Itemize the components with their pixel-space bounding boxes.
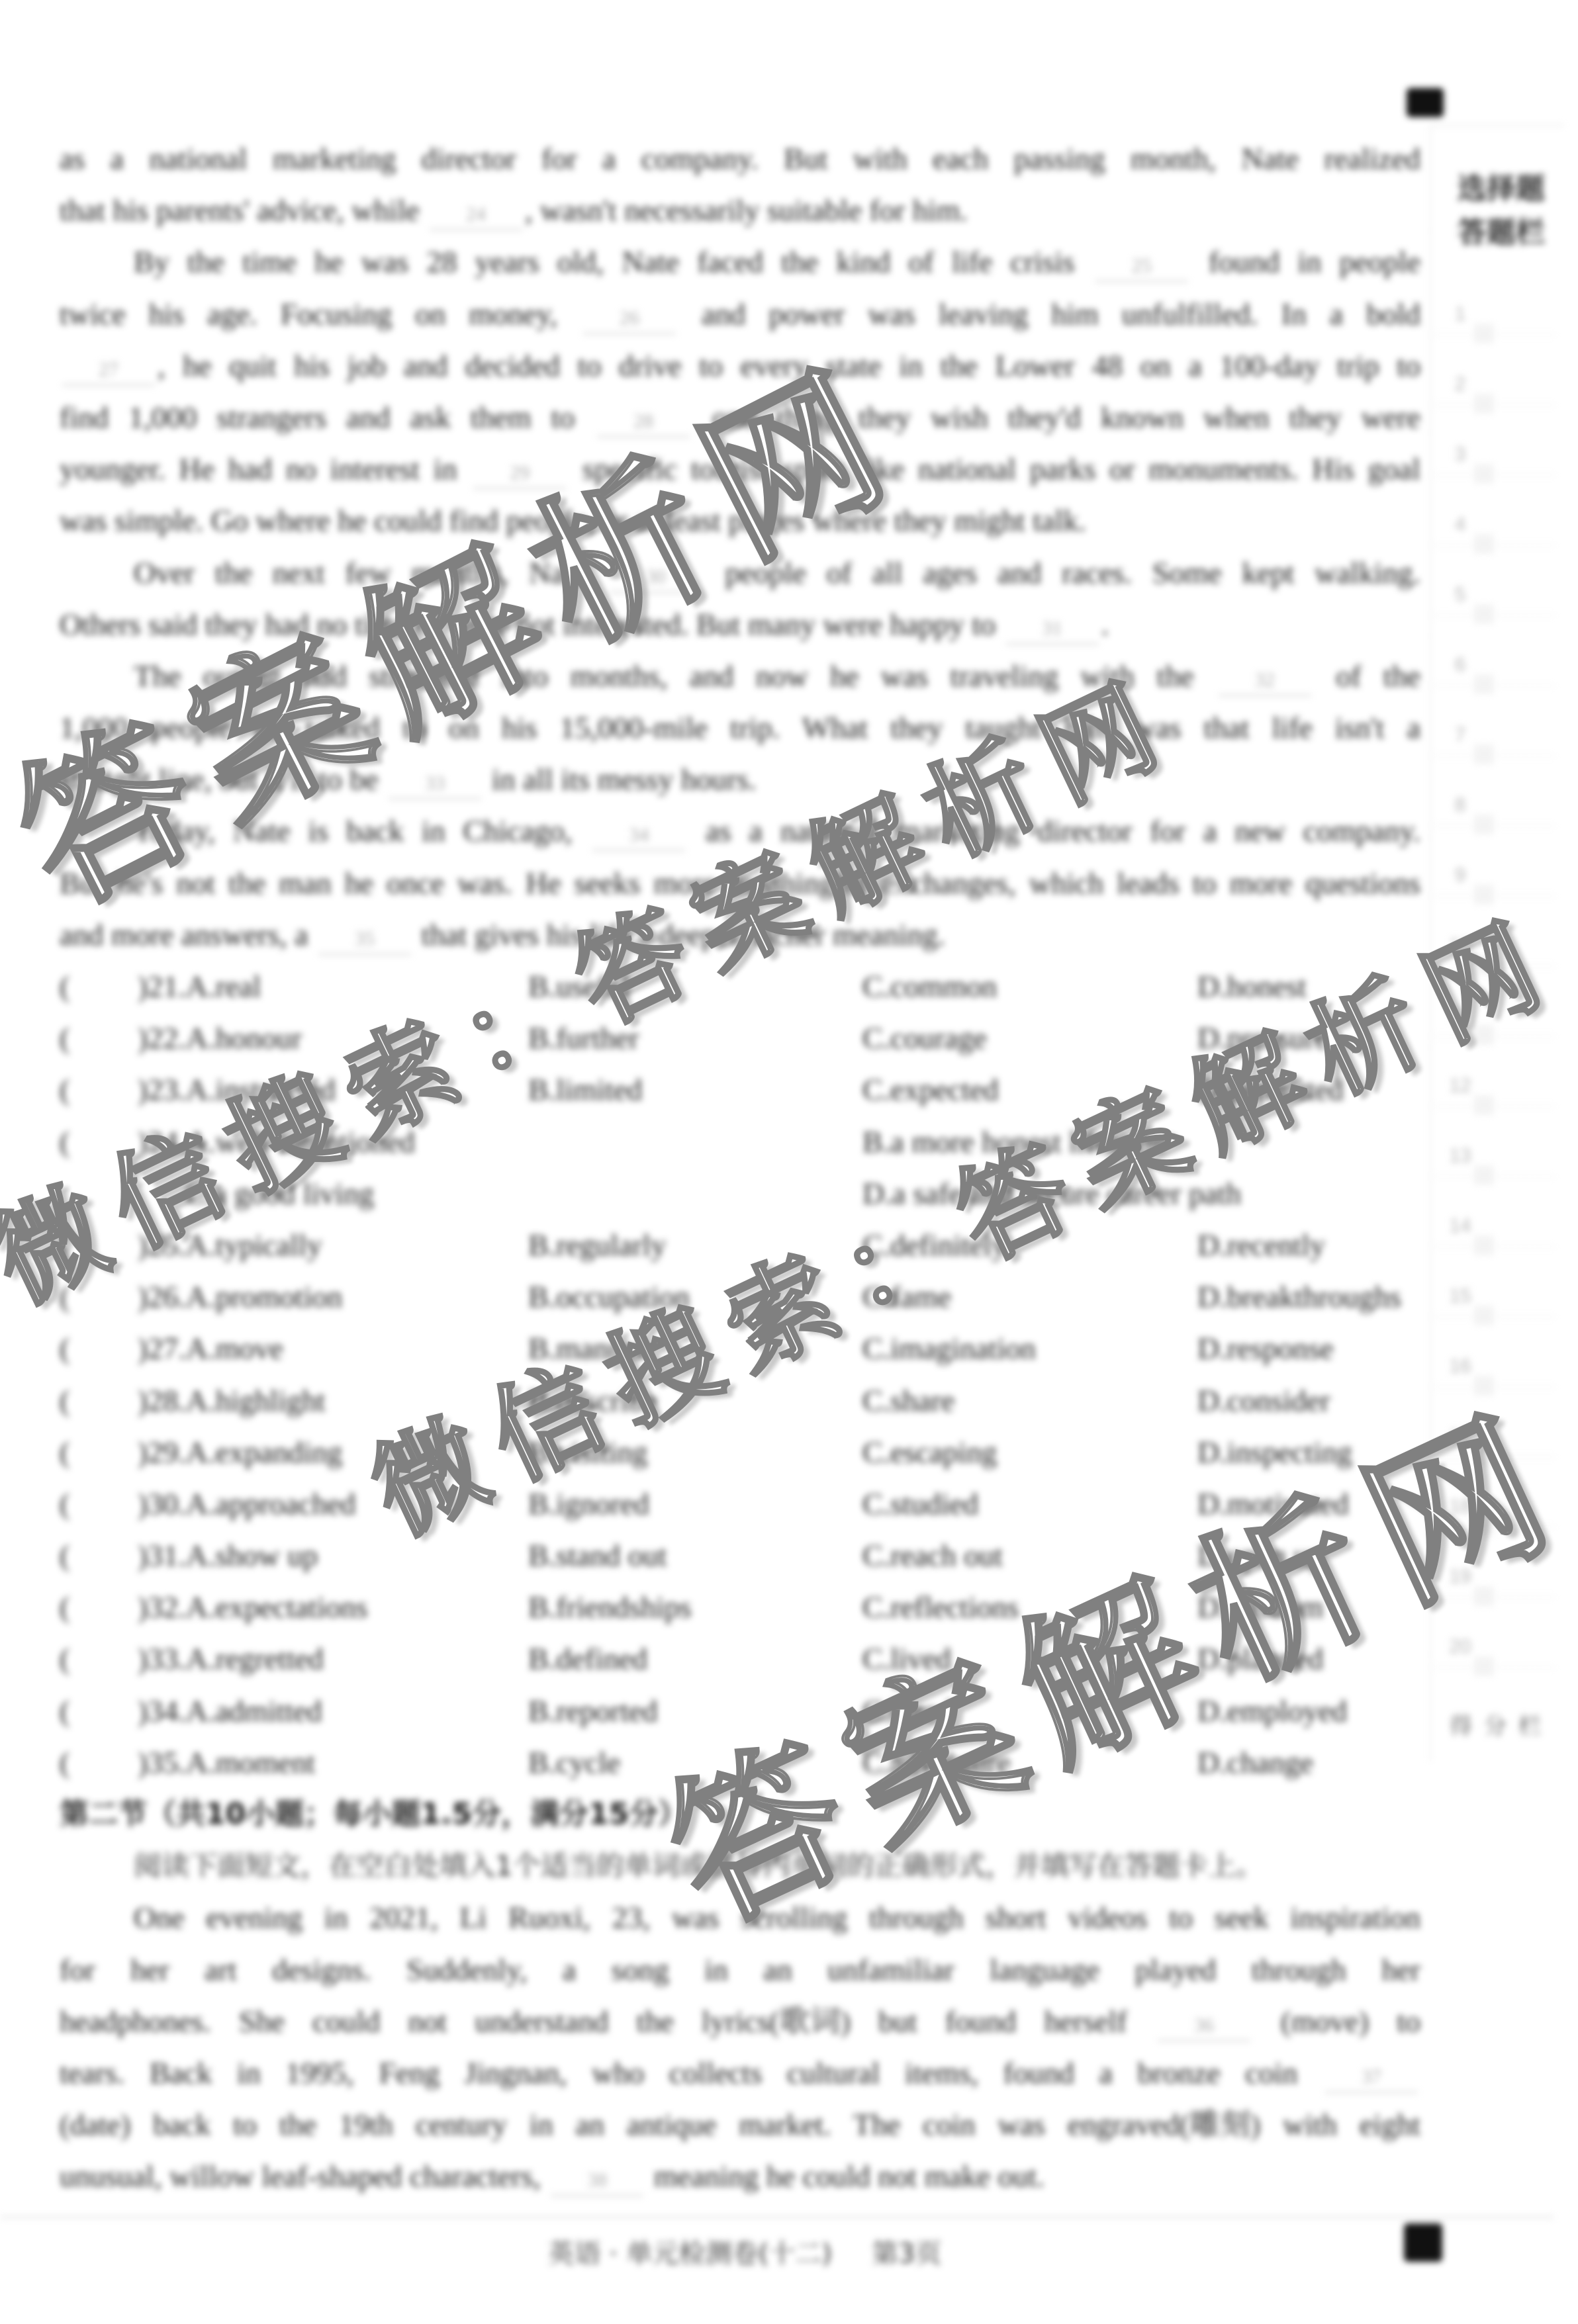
option-letter: C — [862, 1384, 883, 1417]
answer-box — [1474, 1235, 1494, 1255]
option-letter: B — [528, 1746, 549, 1779]
option-text: regularly — [556, 1228, 666, 1262]
option-c: C.courage — [862, 1012, 987, 1064]
text-run: (date) back to the 19th century in an an… — [60, 2108, 1420, 2141]
option-text: share — [890, 1384, 954, 1417]
answer-row: 13 — [1432, 1141, 1557, 1212]
question-number: 23 — [148, 1073, 178, 1106]
option-letter: B — [528, 1590, 549, 1624]
option-text: move — [216, 1331, 283, 1365]
answer-row: 5 — [1432, 580, 1557, 650]
option-letter: B — [528, 1539, 549, 1572]
text-line: By the time he was 28 years old, Nate fa… — [60, 236, 1420, 288]
answer-row-number: 2 — [1444, 370, 1477, 399]
question-number: 27 — [148, 1331, 178, 1365]
option-text: recently — [1227, 1228, 1325, 1262]
question-number: 29 — [148, 1435, 178, 1469]
question-number: 21 — [148, 969, 178, 1003]
row-divider — [1436, 334, 1555, 335]
answer-row: 1 — [1432, 300, 1557, 370]
row-divider — [1436, 1316, 1555, 1318]
option-text: expected — [890, 1073, 998, 1106]
option-d: D.change — [1197, 1737, 1313, 1789]
option-letter: A — [186, 1694, 208, 1728]
answer-box — [1474, 1306, 1494, 1325]
answer-box — [1474, 815, 1494, 834]
option-text: courage — [890, 1021, 987, 1055]
option-c: C.reach out — [862, 1530, 1003, 1582]
option-text: regretted — [216, 1642, 324, 1676]
answer-row-number: 4 — [1444, 510, 1477, 539]
answer-row-number: 7 — [1444, 721, 1477, 750]
row-divider — [1436, 895, 1555, 897]
registration-mark — [1404, 2223, 1442, 2262]
text-run: and power was leaving him unfulfilled. I… — [678, 297, 1420, 331]
option-text: imagination — [890, 1331, 1036, 1365]
answer-row-number: 13 — [1444, 1141, 1477, 1171]
footer-rule — [0, 2216, 1554, 2218]
answer-bracket: ( — [60, 1633, 70, 1685]
option-letter: B — [528, 1694, 549, 1728]
question-number: 31 — [148, 1539, 178, 1572]
answer-row: 20 — [1432, 1632, 1557, 1703]
option-letter: A — [186, 1021, 208, 1055]
answer-row: 15 — [1432, 1282, 1557, 1352]
answer-blank: 37 — [1325, 2063, 1418, 2093]
line-text: twice his age. Focusing on money, 26 and… — [60, 289, 1420, 340]
answer-bracket: ( — [60, 1530, 70, 1582]
text-run: found in people — [1191, 245, 1420, 279]
option-text: reported — [556, 1694, 657, 1728]
answer-row: 12 — [1432, 1071, 1557, 1141]
option-a: )27.A.move — [138, 1323, 283, 1374]
answer-box — [1474, 674, 1494, 694]
answer-blank: 32 — [1219, 666, 1311, 696]
line-text: unusual, willow leaf-shaped characters, … — [60, 2151, 1044, 2202]
answer-blank: 36 — [1158, 2011, 1250, 2041]
row-divider — [1436, 1246, 1555, 1247]
answer-bracket: ( — [60, 1737, 70, 1789]
row-divider — [1436, 1176, 1555, 1177]
option-text: consider — [1227, 1384, 1330, 1417]
option-text: change — [1227, 1746, 1313, 1779]
row-divider — [1436, 615, 1555, 616]
option-b: B.defined — [528, 1633, 647, 1685]
option-text: real — [216, 969, 261, 1003]
option-letter: D — [1197, 969, 1219, 1003]
answer-bracket: ( — [60, 1323, 70, 1374]
option-text: response — [1227, 1331, 1334, 1365]
option-text: cycle — [556, 1746, 620, 1779]
line-text: as a national marketing director for a c… — [60, 133, 1420, 185]
option-letter: A — [186, 1590, 208, 1624]
option-letter: D — [1197, 1331, 1219, 1365]
answer-bracket: ( — [60, 1478, 70, 1530]
question-number: 28 — [148, 1384, 178, 1417]
question-number: 35 — [148, 1746, 178, 1779]
option-letter: C — [862, 1487, 883, 1521]
option-letter: B — [528, 1228, 549, 1262]
option-text: escaping — [890, 1435, 997, 1469]
text-line: tears. Back in 1995, Feng Jingnan, who c… — [60, 2047, 1420, 2099]
option-letter: A — [186, 1539, 208, 1572]
answer-column-title: 选择题 — [1445, 167, 1557, 211]
line-text: that his parents' advice, while 24, wasn… — [60, 185, 968, 236]
option-letter: A — [186, 1435, 208, 1469]
answer-column-subtitle: 答题栏 — [1445, 211, 1557, 255]
option-c: C.studied — [862, 1478, 978, 1530]
option-d: D.response — [1197, 1323, 1334, 1374]
answer-blank: 34 — [592, 821, 685, 851]
answer-row: 8 — [1432, 791, 1557, 861]
option-d: D.consider — [1197, 1375, 1330, 1427]
option-letter: D — [1197, 1384, 1219, 1417]
option-letter: B — [862, 1125, 883, 1159]
answer-bracket: ( — [60, 1116, 70, 1168]
option-letter: C — [862, 969, 883, 1003]
score-label: 得分栏 — [1445, 1708, 1557, 1740]
option-text: expectations — [216, 1590, 368, 1624]
option-letter: D — [1197, 1280, 1219, 1314]
answer-blank: 35 — [318, 924, 411, 955]
answer-row-number: 3 — [1444, 440, 1477, 469]
answer-box — [1474, 604, 1494, 624]
text-run: meaning he could not make out. — [646, 2159, 1044, 2193]
option-letter: B — [528, 1642, 549, 1676]
option-text: expanding — [216, 1435, 343, 1469]
row-divider — [1436, 755, 1555, 756]
option-letter: A — [186, 1642, 208, 1676]
page-footer: 英语 · 单元检测卷(十二)第3页 — [530, 2233, 960, 2270]
option-text: ignored — [556, 1487, 649, 1521]
answer-bracket: ( — [60, 1582, 70, 1633]
line-text: (date) back to the 19th century in an an… — [60, 2099, 1420, 2151]
text-run: By the time he was 28 years old, Nate fa… — [134, 245, 1093, 279]
footer-subject: 英语 · 单元检测卷(十二) — [548, 2239, 832, 2269]
text-run: headphones. She could not understand the… — [60, 2004, 1155, 2038]
option-letter: A — [186, 1331, 208, 1365]
answer-row-number: 6 — [1444, 650, 1477, 680]
option-letter: C — [862, 1073, 883, 1106]
answer-box — [1474, 464, 1494, 484]
option-b: B.reported — [528, 1685, 657, 1737]
option-a: )33.A.regretted — [138, 1633, 324, 1685]
text-line: that his parents' advice, while 24, wasn… — [60, 185, 1420, 236]
option-a: )29.A.expanding — [138, 1427, 342, 1478]
option-text: approached — [216, 1487, 356, 1521]
option-letter: A — [186, 1487, 208, 1521]
row-divider — [1436, 1667, 1555, 1668]
answer-bracket: ( — [60, 1427, 70, 1478]
text-line: headphones. She could not understand the… — [60, 1996, 1420, 2047]
text-run: , wasn't necessarily suitable for him. — [525, 193, 968, 227]
option-a: )28.A.highlight — [138, 1375, 326, 1427]
option-text: defined — [556, 1642, 647, 1676]
option-letter: B — [528, 1280, 549, 1314]
answer-row-number: 12 — [1444, 1071, 1477, 1100]
option-text: highlight — [216, 1384, 326, 1417]
answer-bracket: ( — [60, 961, 70, 1012]
option-letter: A — [186, 1280, 208, 1314]
option-b: B.stand out — [528, 1530, 667, 1582]
text-line: unusual, willow leaf-shaped characters, … — [60, 2151, 1420, 2202]
option-b: B.regularly — [528, 1220, 666, 1271]
answer-row: 4 — [1432, 510, 1557, 580]
answer-row-number: 1 — [1444, 300, 1477, 329]
option-b: B.cycle — [528, 1737, 620, 1789]
answer-bracket: ( — [60, 1064, 70, 1116]
option-text: limited — [556, 1073, 642, 1106]
option-text: stand out — [556, 1539, 667, 1572]
text-run: for her art designs. Suddenly, a song in… — [60, 1953, 1420, 1987]
answer-blank: 26 — [583, 304, 676, 334]
answer-box — [1474, 324, 1494, 343]
row-divider — [1436, 404, 1555, 406]
option-text: honour — [216, 1021, 302, 1055]
answer-bracket: ( — [60, 1375, 70, 1427]
option-c: C.share — [862, 1375, 954, 1427]
answer-row: 3 — [1432, 440, 1557, 510]
answer-box — [1474, 744, 1494, 764]
footer-page-number: 第3页 — [872, 2239, 941, 2269]
answer-row: 14 — [1432, 1212, 1557, 1282]
answer-box — [1474, 1656, 1494, 1676]
answer-row-number: 20 — [1444, 1632, 1477, 1662]
answer-box — [1474, 394, 1494, 414]
answer-row-number: 8 — [1444, 791, 1477, 820]
option-text: breakthroughs — [1227, 1280, 1401, 1314]
option-a: )32.A.expectations — [138, 1582, 367, 1633]
row-divider — [1436, 474, 1555, 476]
text-run: younger. He had no interest in — [60, 452, 471, 486]
answer-blank: 27 — [62, 355, 155, 386]
answer-row: 2 — [1432, 370, 1557, 440]
answer-column-header: 选择题 答题栏 — [1445, 167, 1557, 255]
option-a: )34.A.admitted — [138, 1685, 322, 1737]
option-a: )26.A.promotion — [138, 1271, 342, 1323]
option-letter: C — [862, 1539, 883, 1572]
row-divider — [1436, 545, 1555, 546]
text-run: in all its messy hours. — [484, 762, 756, 796]
line-text: By the time he was 28 years old, Nate fa… — [134, 236, 1420, 288]
option-b: B.friendships — [528, 1582, 692, 1633]
answer-box — [1474, 534, 1494, 554]
option-a: )35.A.moment — [138, 1737, 315, 1789]
option-a: )22.A.honour — [138, 1012, 302, 1064]
answer-box — [1474, 1165, 1494, 1185]
line-text: headphones. She could not understand the… — [60, 1996, 1420, 2047]
text-line: as a national marketing director for a c… — [60, 133, 1420, 185]
text-run: as a national marketing director for a c… — [60, 142, 1420, 175]
text-run: . — [1101, 607, 1109, 641]
text-run: (move) to — [1253, 2004, 1420, 2038]
row-divider — [1436, 685, 1555, 686]
answer-bracket: ( — [60, 1012, 70, 1064]
option-text: moment — [216, 1746, 316, 1779]
answer-row-number: 16 — [1444, 1352, 1477, 1381]
text-line: twice his age. Focusing on money, 26 and… — [60, 289, 1420, 340]
question-number: 22 — [148, 1021, 178, 1055]
text-run: that his parents' advice, while — [60, 193, 427, 227]
option-text: show up — [216, 1539, 318, 1572]
answer-blank: 31 — [1006, 614, 1099, 645]
answer-box — [1474, 885, 1494, 905]
option-letter: D — [1197, 1746, 1219, 1779]
answer-blank: 25 — [1095, 251, 1188, 282]
row-divider — [1436, 1106, 1555, 1107]
text-run: unusual, willow leaf-shaped characters, — [60, 2159, 548, 2193]
option-letter: A — [186, 1384, 208, 1417]
option-a: )31.A.show up — [138, 1530, 318, 1582]
text-run: of the — [1314, 659, 1420, 693]
option-letter: A — [186, 969, 208, 1003]
option-a: )30.A.approached — [138, 1478, 356, 1530]
line-text: tears. Back in 1995, Feng Jingnan, who c… — [60, 2047, 1420, 2099]
text-run: twice his age. Focusing on money, — [60, 297, 580, 331]
option-a: )21.A.real — [138, 961, 261, 1012]
option-text: common — [890, 969, 997, 1003]
answer-row-number: 5 — [1444, 580, 1477, 609]
registration-mark — [1407, 88, 1444, 117]
answer-row-number: 14 — [1444, 1212, 1477, 1241]
option-c: C.escaping — [862, 1427, 997, 1478]
option-text: honest — [1227, 969, 1307, 1003]
answer-row-number: 9 — [1444, 861, 1477, 890]
option-letter: D — [1197, 1228, 1219, 1262]
option-d: D.breakthroughs — [1197, 1271, 1401, 1323]
answer-blank: 24 — [430, 200, 522, 230]
answer-row-number: 15 — [1444, 1282, 1477, 1311]
option-row: ()29.A.expandingB.visitingC.escapingD.in… — [60, 1427, 1420, 1478]
question-number: 30 — [148, 1487, 178, 1521]
option-c: C.common — [862, 961, 997, 1012]
question-number: 26 — [148, 1280, 178, 1314]
option-text: reach out — [890, 1539, 1003, 1572]
option-c: C.expected — [862, 1064, 999, 1116]
text-line: (date) back to the 19th century in an an… — [60, 2099, 1420, 2151]
answer-bracket: ( — [60, 1685, 70, 1737]
option-text: typically — [216, 1228, 322, 1262]
row-divider — [1436, 825, 1555, 827]
answer-row: 6 — [1432, 650, 1557, 721]
option-text: promotion — [216, 1280, 343, 1314]
question-number: 34 — [148, 1694, 178, 1728]
question-number: 32 — [148, 1590, 178, 1624]
option-text: friendships — [556, 1590, 691, 1624]
answer-box — [1474, 1095, 1494, 1115]
text-run: tears. Back in 1995, Feng Jingnan, who c… — [60, 2056, 1323, 2090]
text-run: find 1,000 strangers and ask them to — [60, 400, 594, 434]
option-text: admitted — [216, 1694, 322, 1728]
question-number: 33 — [148, 1642, 178, 1676]
option-letter: C — [862, 1021, 883, 1055]
option-letter: D — [1197, 1435, 1219, 1469]
option-letter: A — [186, 1746, 208, 1779]
option-text: studied — [890, 1487, 978, 1521]
option-d: D.recently — [1197, 1220, 1325, 1271]
answer-row: 7 — [1432, 721, 1557, 791]
option-letter: C — [862, 1435, 883, 1469]
option-letter: C — [862, 1590, 883, 1624]
answer-blank: 38 — [551, 2166, 643, 2196]
